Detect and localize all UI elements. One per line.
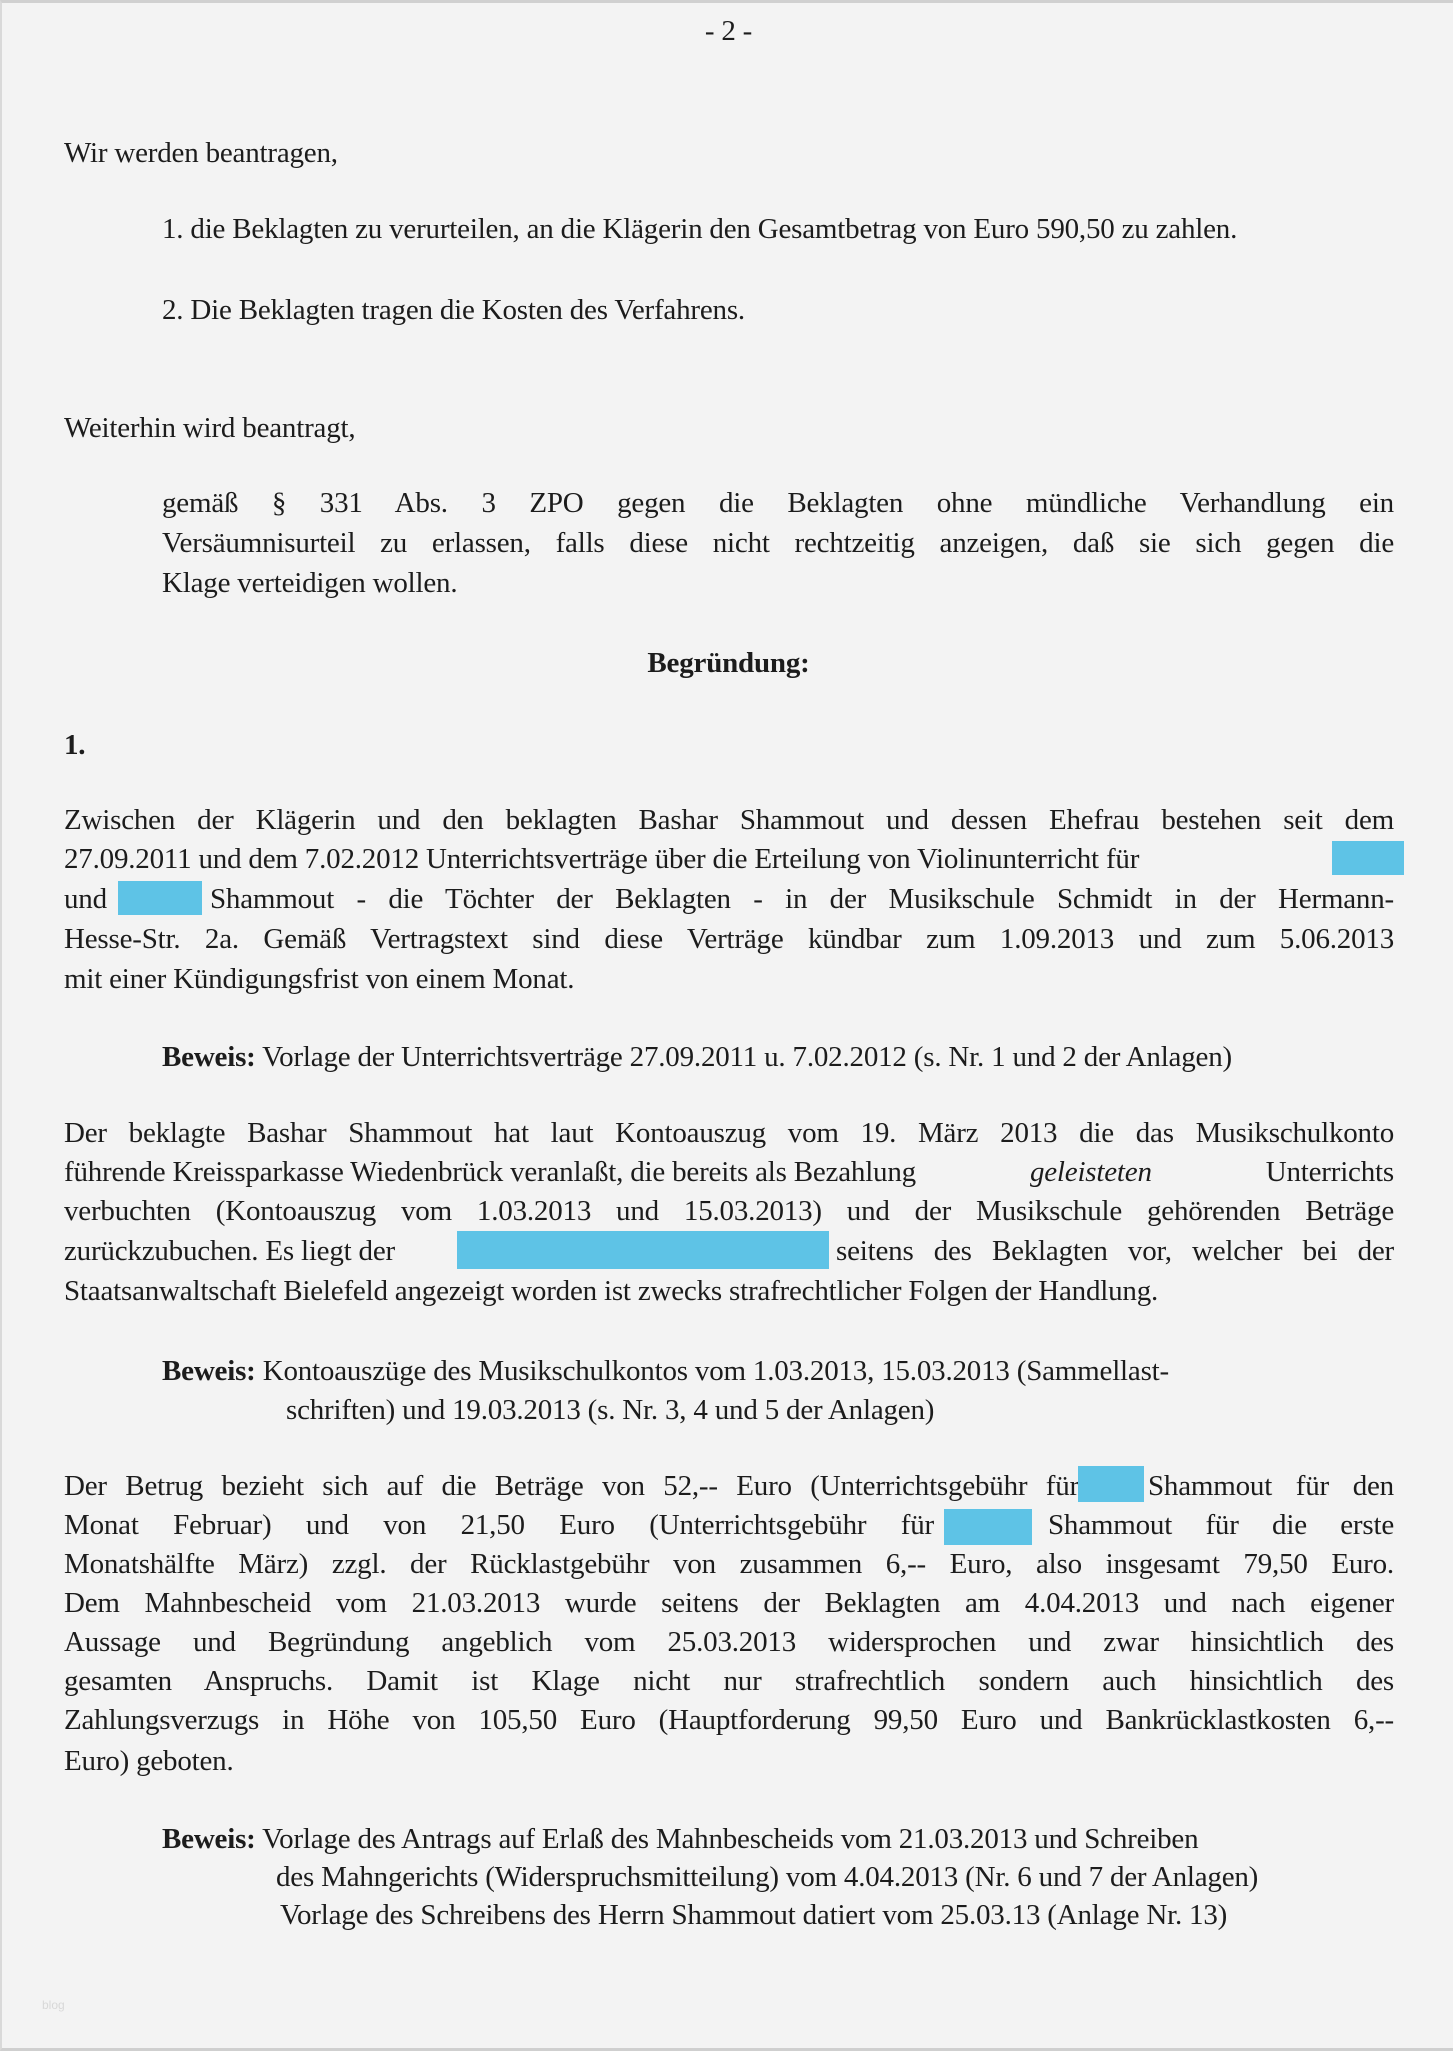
further-line-2-text: Versäumnisurteil zu erlassen, falls dies…: [162, 529, 1394, 558]
para3-line-7: Zahlungsverzugs in Höhe von 105,50 Euro …: [64, 1706, 1394, 1735]
para2-line-4b: seitens des Beklagten vor, welcher bei d…: [836, 1237, 1394, 1266]
request-intro: Wir werden beantragen,: [64, 139, 338, 168]
page-number: - 2 -: [2, 17, 1453, 46]
para2-line-3: verbuchten (Kontoauszug vom 1.03.2013 un…: [64, 1197, 1394, 1226]
proof-1-label: Beweis:: [162, 1041, 256, 1073]
para1-line-3b: Shammout - die Töchter der Beklagten - i…: [210, 885, 1394, 914]
redacted-name-block: [944, 1509, 1032, 1545]
para3-line-4: Dem Mahnbescheid vom 21.03.2013 wurde se…: [64, 1589, 1394, 1618]
para3-line-3: Monatshälfte März) zzgl. der Rücklastgeb…: [64, 1550, 1394, 1579]
para2-line-2: führende Kreissparkasse Wiedenbrück vera…: [64, 1158, 1394, 1187]
para2-line-2-italic: geleisteten: [1030, 1158, 1152, 1187]
proof-2-line-1: Beweis: Kontoauszüge des Musikschulkonto…: [162, 1357, 1169, 1386]
redacted-term-block: [457, 1231, 829, 1269]
proof-2-line-2: schriften) und 19.03.2013 (s. Nr. 3, 4 u…: [286, 1396, 934, 1425]
para3-line-8: Euro) geboten.: [64, 1747, 234, 1776]
proof-3-line-1: Beweis: Vorlage des Antrags auf Erlaß de…: [162, 1825, 1198, 1854]
further-intro: Weiterhin wird beantragt,: [64, 414, 355, 443]
proof-1-text: Vorlage der Unterrichtsverträge 27.09.20…: [262, 1041, 1232, 1073]
para2-line-4a: zurückzubuchen. Es liegt der: [64, 1237, 395, 1266]
further-line-3: Klage verteidigen wollen.: [162, 569, 457, 598]
redacted-name-block: [118, 881, 202, 915]
proof-3-line-2: des Mahngerichts (Widerspruchsmitteilung…: [276, 1863, 1258, 1892]
further-line-1: gemäß § 331 Abs. 3 ZPO gegen die Beklagt…: [162, 489, 1394, 518]
request-item-2: 2. Die Beklagten tragen die Kosten des V…: [162, 296, 745, 325]
para3-line-2b: Shammout für die erste: [1048, 1511, 1394, 1540]
redacted-name-block: [1078, 1466, 1144, 1502]
para3-line-2a: Monat Februar) und von 21,50 Euro (Unter…: [64, 1511, 934, 1540]
para2-line-5: Staatsanwaltschaft Bielefeld angezeigt w…: [64, 1277, 1158, 1306]
proof-2-text-1: Kontoauszüge des Musikschulkontos vom 1.…: [263, 1355, 1169, 1387]
para1-line-5: mit einer Kündigungsfrist von einem Mona…: [64, 965, 574, 994]
para3-line-1a: Der Betrug bezieht sich auf die Beträge …: [64, 1472, 1079, 1501]
para2-line-2b: Unterrichts: [1266, 1158, 1394, 1187]
para3-line-5: Aussage und Begründung angeblich vom 25.…: [64, 1628, 1394, 1657]
para1-line-3a: und: [64, 885, 107, 914]
para1-line-4: Hesse-Str. 2a. Gemäß Vertragstext sind d…: [64, 925, 1394, 954]
document-page: - 2 - Wir werden beantragen, 1. die Bekl…: [0, 0, 1453, 2051]
para3-line-1b: Shammout für den: [1148, 1472, 1394, 1501]
para1-line-2: 27.09.2011 und dem 7.02.2012 Unterrichts…: [64, 845, 1139, 874]
para2-line-2a: führende Kreissparkasse Wiedenbrück vera…: [64, 1158, 916, 1187]
watermark: blog: [42, 1998, 65, 2012]
reasoning-heading: Begründung:: [2, 649, 1453, 678]
further-line-1-text: gemäß § 331 Abs. 3 ZPO gegen die Beklagt…: [162, 489, 1394, 518]
proof-1: Beweis: Vorlage der Unterrichtsverträge …: [162, 1043, 1232, 1072]
redacted-name-block: [1332, 841, 1404, 875]
proof-3-line-3: Vorlage des Schreibens des Herrn Shammou…: [280, 1901, 1227, 1930]
proof-2-label: Beweis:: [162, 1355, 256, 1387]
para2-line-1: Der beklagte Bashar Shammout hat laut Ko…: [64, 1119, 1394, 1148]
para1-line-1: Zwischen der Klägerin und den beklagten …: [64, 806, 1394, 835]
para3-line-6: gesamten Anspruchs. Damit ist Klage nich…: [64, 1667, 1394, 1696]
proof-3-label: Beweis:: [162, 1823, 256, 1855]
proof-3-text-1: Vorlage des Antrags auf Erlaß des Mahnbe…: [262, 1823, 1198, 1855]
further-line-2: Versäumnisurteil zu erlassen, falls dies…: [162, 529, 1394, 558]
request-item-1: 1. die Beklagten zu verurteilen, an die …: [162, 215, 1237, 244]
section-number: 1.: [64, 731, 85, 760]
